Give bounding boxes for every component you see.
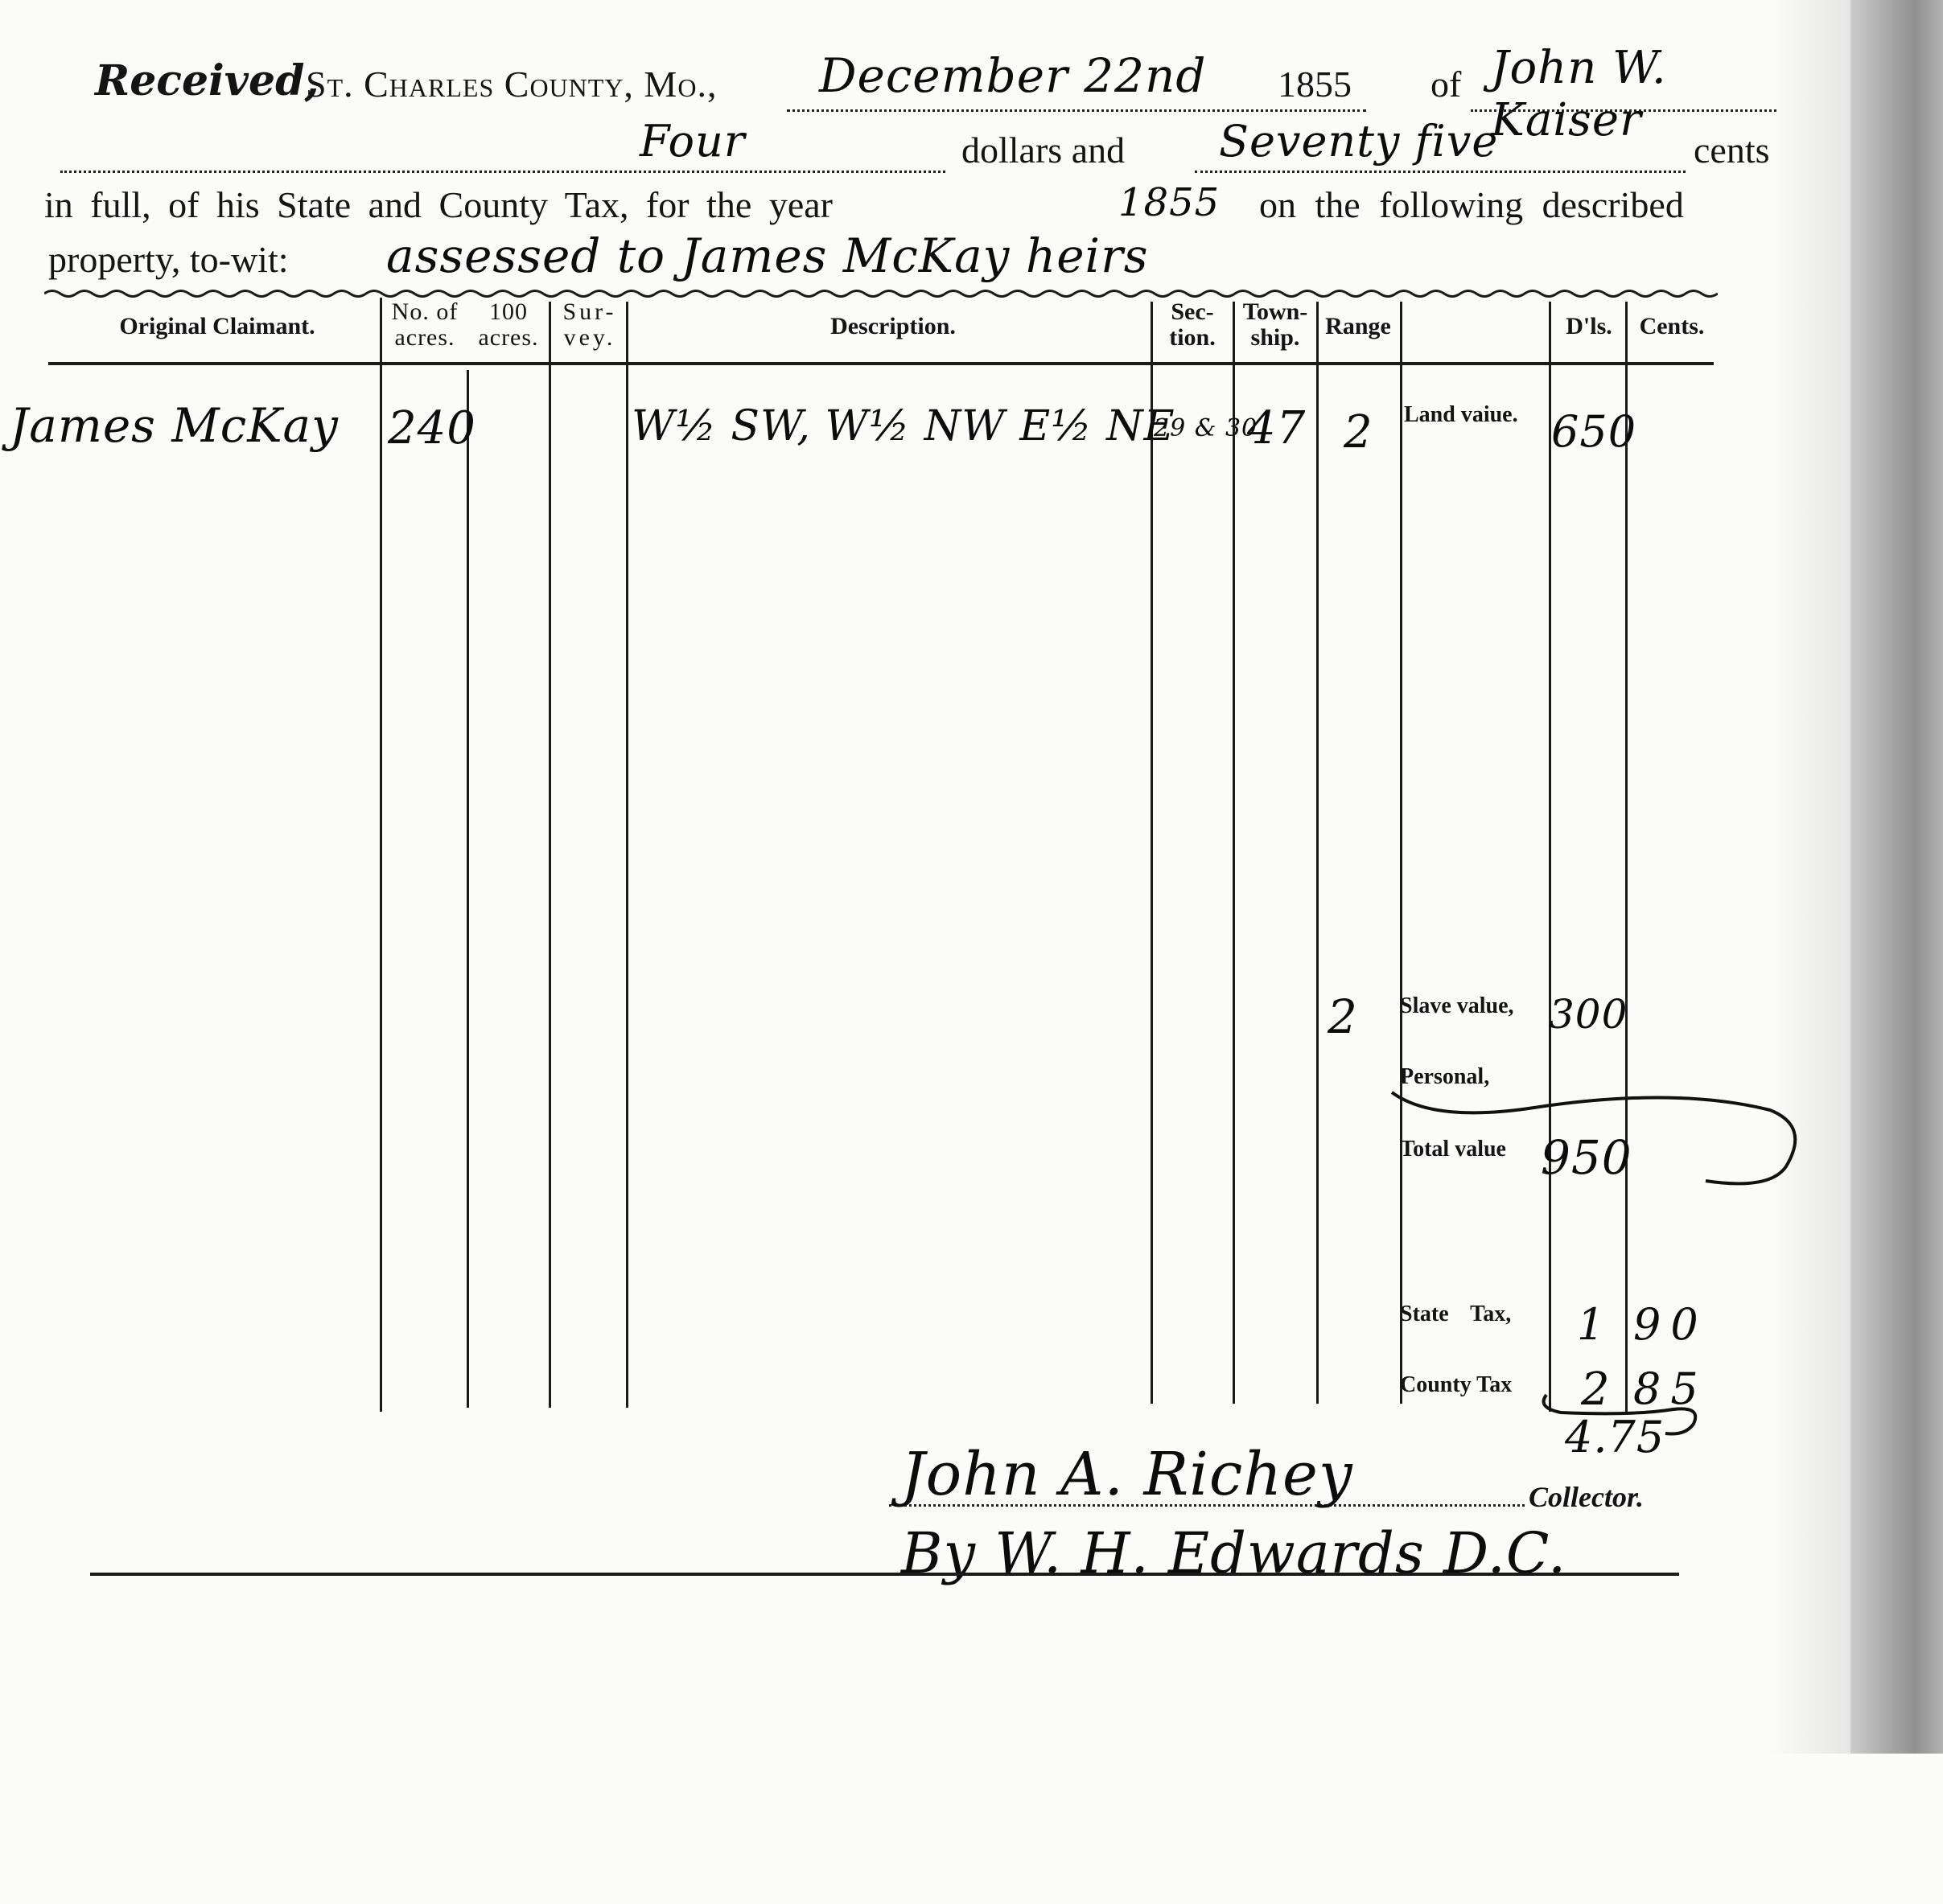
column-divider bbox=[1316, 302, 1319, 1404]
column-divider bbox=[467, 370, 469, 1408]
bottom-rule bbox=[90, 1573, 1679, 1576]
header-no-of-acres-line1: No. of bbox=[385, 299, 465, 325]
of-label: of bbox=[1430, 63, 1461, 105]
property-label: property, to-wit: bbox=[48, 238, 289, 281]
section-value: 29 & 30 bbox=[1154, 414, 1258, 442]
header-township: Town- ship. bbox=[1235, 299, 1315, 351]
header-range: Range bbox=[1318, 314, 1398, 339]
header-hundred-acres: 100 acres. bbox=[468, 299, 549, 351]
header-hundred-acres-line2: acres. bbox=[468, 325, 549, 351]
state-tax-cents: 90 bbox=[1633, 1299, 1708, 1350]
received-heading: Received, bbox=[95, 56, 319, 105]
cents-value: Seventy five bbox=[1219, 116, 1498, 167]
tax-statement-end: on the following described bbox=[1259, 183, 1684, 226]
year-printed: 1855 bbox=[1278, 63, 1352, 105]
header-no-of-acres-line2: acres. bbox=[385, 325, 465, 351]
collector-signature: John A. Richey bbox=[901, 1440, 1353, 1509]
date-value: December 22nd bbox=[819, 48, 1207, 103]
slaves-count: 2 bbox=[1328, 989, 1358, 1044]
column-divider bbox=[626, 302, 628, 1408]
column-divider bbox=[1400, 302, 1402, 1404]
scan-edge-fade bbox=[1770, 0, 1850, 1754]
column-divider bbox=[1625, 302, 1628, 1412]
tax-year: 1855 bbox=[1118, 180, 1220, 225]
dollars-field bbox=[60, 130, 945, 173]
county-tax-label: County Tax bbox=[1400, 1372, 1512, 1398]
grand-total: 4.75 bbox=[1565, 1412, 1665, 1462]
county-label: St. Charles County, Mo., bbox=[306, 63, 717, 105]
receipt-line-3: in full, of his State and County Tax, fo… bbox=[44, 183, 1750, 235]
total-value-dollars: 950 bbox=[1541, 1130, 1632, 1185]
state-tax-label: State Tax, bbox=[1400, 1302, 1511, 1327]
township-value: 47 bbox=[1247, 402, 1306, 454]
land-value-label: Land vaiue. bbox=[1404, 402, 1518, 428]
header-cents: Cents. bbox=[1632, 314, 1712, 339]
header-section-line1: Sec- bbox=[1152, 299, 1233, 325]
header-survey-line2: vey. bbox=[554, 325, 626, 351]
header-hundred-acres-line1: 100 bbox=[468, 299, 549, 325]
header-dollars: D'ls. bbox=[1549, 314, 1629, 339]
collector-label: Collector. bbox=[1529, 1480, 1644, 1514]
scan-edge-shadow bbox=[1850, 0, 1943, 1754]
state-tax-dollars: 1 bbox=[1577, 1299, 1605, 1350]
receipt-line-1: Received, St. Charles County, Mo., Decem… bbox=[95, 48, 1785, 113]
header-survey: Sur- vey. bbox=[554, 299, 626, 351]
dollars-label: dollars and bbox=[961, 129, 1125, 171]
receipt-line-4: property, to-wit: assessed to James McKa… bbox=[48, 233, 1738, 290]
deputy-signature: By W. H. Edwards D.C. bbox=[901, 1520, 1566, 1586]
column-divider bbox=[549, 302, 551, 1408]
column-divider bbox=[380, 298, 382, 1412]
claimant-value: James McKay bbox=[10, 398, 339, 453]
header-no-of-acres: No. of acres. bbox=[385, 299, 465, 351]
dollars-value: Four bbox=[640, 116, 746, 167]
receipt-line-2: Four dollars and Seventy five cents bbox=[60, 121, 1750, 177]
tax-statement: in full, of his State and County Tax, fo… bbox=[44, 183, 833, 226]
range-value: 2 bbox=[1344, 406, 1373, 459]
header-rule bbox=[48, 362, 1714, 365]
column-divider bbox=[1233, 302, 1235, 1404]
header-claimant: Original Claimant. bbox=[72, 314, 362, 339]
cents-label: cents bbox=[1694, 129, 1770, 171]
slave-value-dollars: 300 bbox=[1549, 991, 1628, 1038]
acres-value: 240 bbox=[388, 402, 476, 454]
slave-value-label: Slave value, bbox=[1400, 993, 1514, 1019]
header-survey-line1: Sur- bbox=[554, 299, 626, 325]
description-value: W½ SW, W½ NW E½ NE bbox=[632, 402, 1175, 450]
header-description: Description. bbox=[636, 314, 1151, 339]
header-section-line2: tion. bbox=[1152, 325, 1233, 351]
land-value-dollars: 650 bbox=[1551, 406, 1636, 457]
wavy-rule bbox=[44, 288, 1718, 299]
header-township-line2: ship. bbox=[1235, 325, 1315, 351]
column-divider bbox=[1151, 302, 1153, 1404]
header-township-line1: Town- bbox=[1235, 299, 1315, 325]
header-section: Sec- tion. bbox=[1152, 299, 1233, 351]
total-value-label: Total value bbox=[1400, 1137, 1506, 1162]
property-note: assessed to James McKay heirs bbox=[386, 228, 1149, 283]
column-divider bbox=[1549, 302, 1551, 1412]
